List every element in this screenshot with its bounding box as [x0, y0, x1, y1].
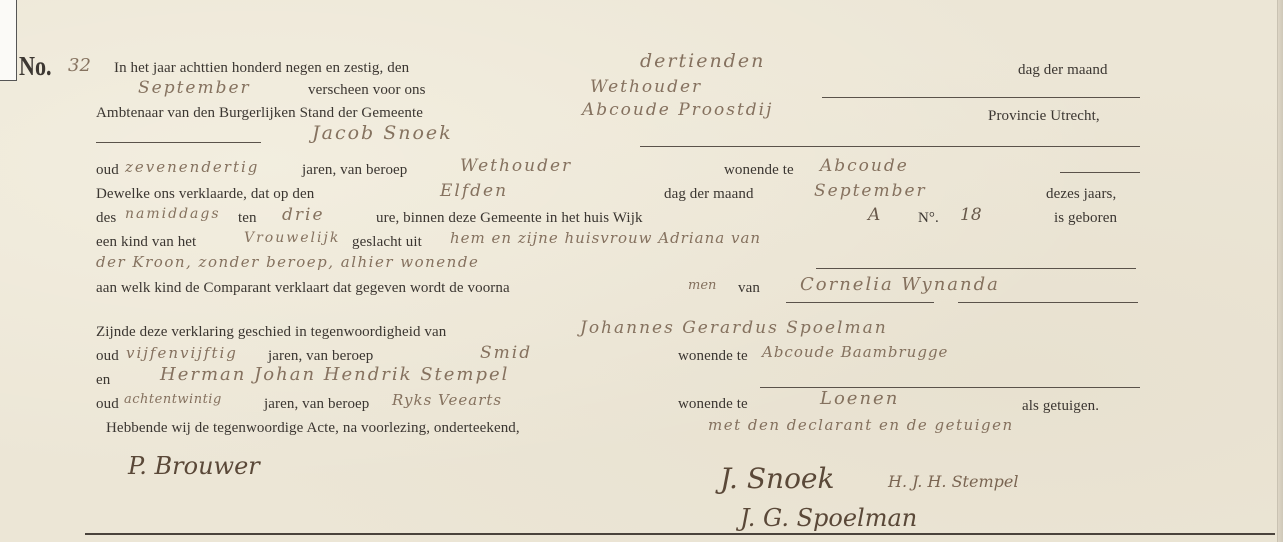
- hw-witness2-residence: Loenen: [820, 388, 899, 409]
- printed-jaren-beroep: jaren, van beroep: [302, 162, 407, 179]
- printed-oud-3: oud: [96, 396, 119, 413]
- hw-wijk: A: [868, 205, 880, 225]
- printed-als-getuigen: als getuigen.: [1022, 398, 1099, 415]
- hw-parents-line-2: der Kroon, zonder beroep, alhier wonende: [96, 253, 479, 271]
- printed-dag-der-maand: dag der maand: [664, 186, 754, 203]
- printed-line-11: Zijnde deze verklaring geschied in tegen…: [96, 324, 446, 341]
- blank-rule: [822, 97, 1140, 98]
- printed-een-kind: een kind van het: [96, 234, 196, 251]
- hw-child-name: Cornelia Wynanda: [800, 274, 1000, 295]
- blank-rule: [786, 302, 934, 303]
- blank-rule: [760, 387, 1140, 388]
- printed-is-geboren: is geboren: [1054, 210, 1117, 227]
- blank-rule: [640, 146, 1140, 147]
- hw-witness1-name: Johannes Gerardus Spoelman: [580, 318, 888, 338]
- signature-spoelman: J. G. Spoelman: [740, 504, 917, 532]
- printed-line-3: Ambtenaar van den Burgerlijken Stand der…: [96, 105, 423, 122]
- hw-declarant-residence: Abcoude: [820, 156, 909, 176]
- printed-line-15: Hebbende wij de tegenwoordige Acte, na v…: [106, 420, 520, 437]
- hw-witness1-occupation: Smid: [480, 343, 532, 363]
- printed-line-1-end: dag der maand: [1018, 62, 1108, 79]
- page-edge: [1277, 0, 1283, 542]
- hw-time-of-day: namiddags: [125, 206, 221, 222]
- hw-hour: drie: [282, 205, 325, 225]
- blank-rule: [816, 268, 1136, 269]
- printed-en: en: [96, 372, 110, 389]
- hw-month: September: [138, 78, 251, 98]
- hw-declarant-occupation: Wethouder: [460, 156, 572, 176]
- hw-witness2-occupation: Ryks Veearts: [392, 391, 502, 409]
- printed-jaren-beroep-2: jaren, van beroep: [268, 348, 373, 365]
- blank-rule: [96, 142, 261, 143]
- printed-wonende-te-2: wonende te: [678, 348, 748, 365]
- blank-rule: [1060, 172, 1140, 173]
- signature-snoek: J. Snoek: [720, 462, 834, 495]
- hw-declarant-age: zevenendertig: [125, 158, 259, 176]
- blank-rule: [958, 302, 1138, 303]
- printed-line-10: aan welk kind de Comparant verklaart dat…: [96, 280, 510, 297]
- hw-name-suffix: men: [688, 278, 716, 293]
- printed-line-7: ure, binnen deze Gemeente in het huis Wi…: [376, 210, 643, 227]
- hw-witness1-residence: Abcoude Baambrugge: [762, 343, 948, 361]
- printed-ten: ten: [238, 210, 257, 227]
- hw-declarant-name: Jacob Snoek: [312, 122, 453, 144]
- hw-closing: met den declarant en de getuigen: [708, 416, 1014, 434]
- printed-dezes-jaars: dezes jaars,: [1046, 186, 1116, 203]
- hw-witness2-name: Herman Johan Hendrik Stempel: [160, 364, 509, 385]
- hw-day: dertienden: [640, 50, 765, 72]
- scanned-document-page: No. 32 In het jaar achttien honderd nege…: [0, 0, 1283, 542]
- record-number: 32: [68, 55, 91, 76]
- signature-stempel: H. J. H. Stempel: [888, 472, 1018, 491]
- printed-line-1: In het jaar achttien honderd negen en ze…: [114, 60, 409, 77]
- hw-municipality: Abcoude Proostdij: [582, 100, 773, 120]
- printed-no: N°.: [918, 210, 939, 227]
- printed-des: des: [96, 210, 116, 227]
- hw-birth-day: Elfden: [440, 181, 508, 201]
- printed-line-2: verscheen voor ons: [308, 82, 426, 99]
- hw-birth-month: September: [814, 181, 927, 201]
- printed-wonende-te: wonende te: [724, 162, 794, 179]
- hw-house-number: 18: [960, 205, 982, 225]
- record-number-label: No.: [19, 51, 52, 82]
- hw-parents-line-1: hem en zijne huisvrouw Adriana van: [450, 229, 761, 247]
- hw-official-title: Wethouder: [590, 77, 702, 97]
- printed-van: van: [738, 280, 760, 297]
- hw-witness1-age: vijfenvijftig: [126, 344, 238, 362]
- hw-sex: Vrouwelijk: [244, 230, 340, 246]
- printed-oud-2: oud: [96, 348, 119, 365]
- hw-witness2-age: achtentwintig: [124, 392, 222, 407]
- printed-oud: oud: [96, 162, 119, 179]
- printed-line-3-end: Provincie Utrecht,: [988, 108, 1100, 125]
- bottom-rule: [85, 533, 1275, 535]
- printed-wonende-te-3: wonende te: [678, 396, 748, 413]
- printed-line-6: Dewelke ons verklaarde, dat op den: [96, 186, 314, 203]
- corner-overlay: [0, 0, 17, 81]
- printed-geslacht-uit: geslacht uit: [352, 234, 422, 251]
- signature-brouwer: P. Brouwer: [128, 452, 260, 480]
- printed-jaren-beroep-3: jaren, van beroep: [264, 396, 369, 413]
